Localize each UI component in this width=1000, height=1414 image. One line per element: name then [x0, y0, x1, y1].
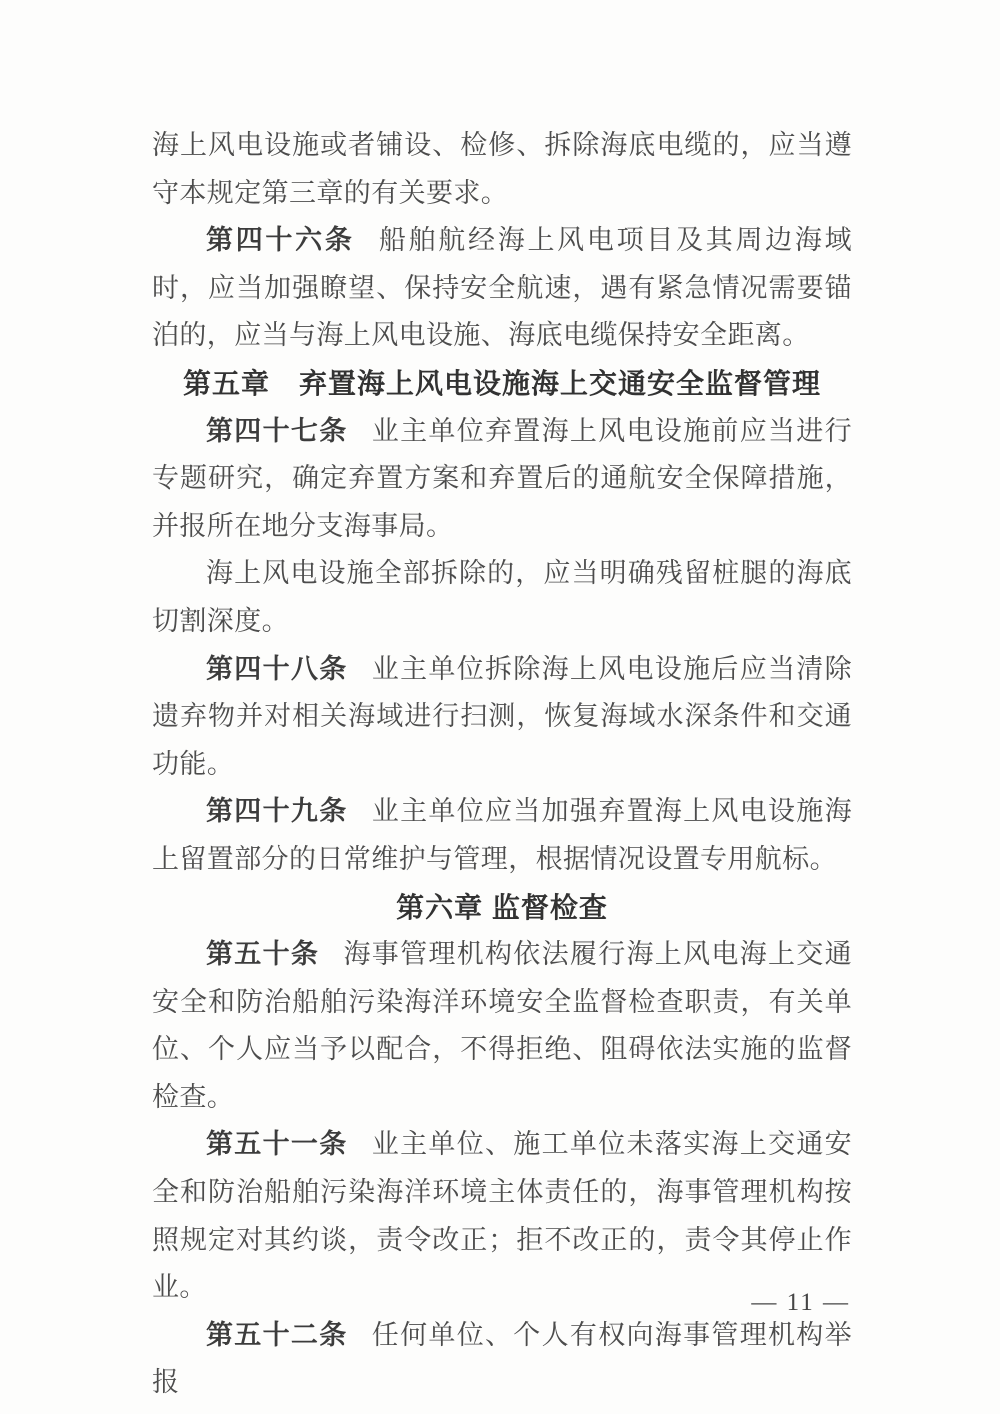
article-paragraph-49: 第四十九条业主单位应当加强弃置海上风电设施海上留置部分的日常维护与管理，根据情况… [152, 788, 852, 883]
article-paragraph-50: 第五十条海事管理机构依法履行海上风电海上交通安全和防治船舶污染海洋环境安全监督检… [152, 931, 852, 1121]
article-number: 第四十六条 [206, 225, 355, 255]
article-number: 第五十条 [206, 939, 319, 969]
page-number: — 11 — [751, 1288, 850, 1318]
article-paragraph-52: 第五十二条任何单位、个人有权向海事管理机构举报 [152, 1312, 852, 1407]
paragraph-continued: 海上风电设施或者铺设、检修、拆除海底电缆的，应当遵守本规定第三章的有关要求。 [152, 122, 852, 217]
article-number: 第五十一条 [206, 1129, 348, 1159]
article-paragraph-46: 第四十六条船舶航经海上风电项目及其周边海域时，应当加强瞭望、保持安全航速，遇有紧… [152, 217, 852, 360]
article-paragraph-47: 第四十七条业主单位弃置海上风电设施前应当进行专题研究，确定弃置方案和弃置后的通航… [152, 408, 852, 551]
article-number: 第五十二条 [206, 1320, 348, 1350]
chapter-heading-6: 第六章 监督检查 [152, 884, 852, 932]
paragraph: 海上风电设施全部拆除的，应当明确残留桩腿的海底切割深度。 [152, 550, 852, 645]
chapter-heading-5: 第五章 弃置海上风电设施海上交通安全监督管理 [152, 360, 852, 408]
article-paragraph-48: 第四十八条业主单位拆除海上风电设施后应当清除遗弃物并对相关海域进行扫测，恢复海域… [152, 646, 852, 789]
article-number: 第四十七条 [206, 416, 348, 446]
article-paragraph-51: 第五十一条业主单位、施工单位未落实海上交通安全和防治船舶污染海洋环境主体责任的，… [152, 1121, 852, 1311]
article-number: 第四十九条 [206, 796, 348, 826]
document-content: 海上风电设施或者铺设、检修、拆除海底电缆的，应当遵守本规定第三章的有关要求。 第… [152, 122, 852, 1407]
article-number: 第四十八条 [206, 654, 348, 684]
document-page: 海上风电设施或者铺设、检修、拆除海底电缆的，应当遵守本规定第三章的有关要求。 第… [0, 0, 1000, 1414]
